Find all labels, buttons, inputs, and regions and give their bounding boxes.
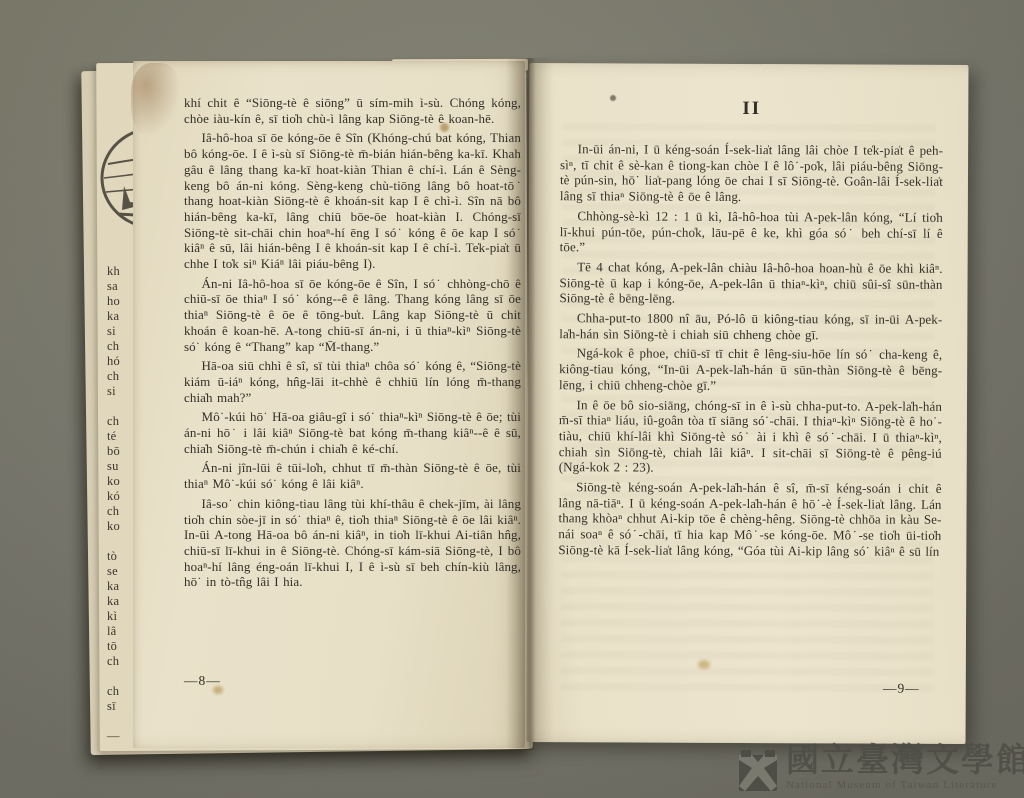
edge-fragment-line bbox=[107, 669, 134, 684]
paragraph: Án-ni Iâ-hô-hoa sī ōe kóng-ōe ê Sîn, I s… bbox=[184, 276, 521, 355]
museum-logo-icon bbox=[738, 750, 778, 792]
right-page: II In-ūi án-ni, I ū kéng-soán Í-sek-lia̍… bbox=[527, 63, 969, 744]
paragraph: In-ūi án-ni, I ū kéng-soán Í-sek-lia̍t l… bbox=[560, 141, 943, 205]
edge-fragment-line: sī bbox=[107, 699, 134, 714]
photo-scene: khsahokasichhóchsi chtébōsukokóchko tòse… bbox=[0, 0, 1024, 798]
left-page: khí chit ê “Siōng-tè ê siōng” ū sím-mih … bbox=[133, 61, 525, 748]
edge-fragment-line: ch bbox=[107, 369, 134, 384]
edge-fragment-line: kh bbox=[107, 264, 134, 279]
edge-fragment-line: kì bbox=[107, 609, 134, 624]
right-page-number: —9— bbox=[883, 681, 920, 697]
edge-fragment-line: sa bbox=[107, 279, 134, 294]
edge-fragment-line: lâ bbox=[107, 624, 134, 639]
right-page-text: In-ūi án-ni, I ū kéng-soán Í-sek-lia̍t l… bbox=[558, 141, 943, 563]
paragraph: Iâ-so˙ chin kiông-tiau lâng tùi khí-thâu… bbox=[184, 496, 521, 590]
clipped-text-fragments: khsahokasichhóchsi chtébōsukokóchko tòse… bbox=[101, 60, 134, 744]
edge-fragment-line: tò bbox=[107, 549, 134, 564]
watermark-text: 國立臺灣文學館 National Museum of Taiwan Litera… bbox=[786, 742, 1024, 791]
edge-fragment-line: si bbox=[107, 324, 134, 339]
edge-fragment-line: si bbox=[107, 384, 134, 399]
paragraph: Siōng-tè kéng-soán A-pek-la̍h-hán ê sî, … bbox=[558, 479, 941, 559]
edge-fragment-line: ho bbox=[107, 294, 134, 309]
edge-fragment-line: ch bbox=[107, 684, 134, 699]
edge-fragment-line: su bbox=[107, 459, 134, 474]
paragraph: Iâ-hô-hoa sī ōe kóng-ōe ê Sîn (Khóng-chú… bbox=[184, 130, 521, 271]
paragraph: In ê ōe bô sio-siāng, chóng-sī in ê ì-sù… bbox=[559, 397, 942, 477]
edge-fragment-line: ch bbox=[107, 654, 134, 669]
edge-fragment-line bbox=[107, 534, 134, 549]
edge-fragment-line: ch bbox=[107, 504, 134, 519]
paragraph: Chha-put-to 1800 nî āu, Pó-lô ū kiông-ti… bbox=[559, 310, 942, 343]
left-page-number: —8— bbox=[184, 673, 221, 689]
watermark-chinese-title: 國立臺灣文學館 bbox=[786, 742, 1024, 778]
paragraph: Ngá-kok ê phoe, chiū-sī tī chit ê lêng-s… bbox=[559, 346, 942, 395]
edge-fragment-line: ch bbox=[107, 339, 134, 354]
paragraph: Mô˙-kúi hō˙ Hā-oa giâu-gî i só˙ thiaⁿ-kì… bbox=[184, 409, 521, 456]
left-page-text: khí chit ê “Siōng-tè ê siōng” ū sím-mih … bbox=[184, 95, 521, 594]
edge-fragment-line: ko bbox=[107, 474, 134, 489]
edge-fragment-line: se bbox=[107, 564, 134, 579]
edge-fragment-line: ka bbox=[107, 579, 134, 594]
museum-watermark: 國立臺灣文學館 National Museum of Taiwan Litera… bbox=[738, 742, 1024, 792]
edge-fragment-line: tō bbox=[107, 639, 134, 654]
edge-fragment-line: ka bbox=[107, 594, 134, 609]
paragraph: Án-ni jîn-lūi ê tūi-lo̍h, chhut tī m̄-th… bbox=[184, 460, 521, 491]
edge-fragment-line: bō bbox=[107, 444, 134, 459]
edge-fragment-line: kó bbox=[107, 489, 134, 504]
edge-fragment-line: ko bbox=[107, 519, 134, 534]
edge-fragment-line: ch bbox=[107, 414, 134, 429]
edge-fragment-line bbox=[107, 714, 134, 729]
paragraph: Tē 4 chat kóng, A-pek-lân chiàu Iâ-hô-ho… bbox=[559, 259, 942, 308]
paragraph: Hā-oa siū chhì ê sî, sī tùi thiaⁿ chôa s… bbox=[184, 358, 521, 405]
paragraph: Chhòng-sè-kì 12 : 1 ū kì, Iâ-hô-hoa tùi … bbox=[560, 208, 943, 257]
edge-fragment-line: hó bbox=[107, 354, 134, 369]
chapter-heading: II bbox=[560, 97, 943, 121]
edge-fragment-line: ka bbox=[107, 309, 134, 324]
paragraph: khí chit ê “Siōng-tè ê siōng” ū sím-mih … bbox=[184, 95, 521, 126]
watermark-english-subtitle: National Museum of Taiwan Literature bbox=[786, 779, 1024, 791]
previous-page-edge: khsahokasichhóchsi chtébōsukokóchko tòse… bbox=[101, 60, 134, 750]
edge-fragment-line: — bbox=[107, 729, 134, 744]
edge-fragment-line bbox=[107, 399, 134, 414]
edge-fragment-line: té bbox=[107, 429, 134, 444]
